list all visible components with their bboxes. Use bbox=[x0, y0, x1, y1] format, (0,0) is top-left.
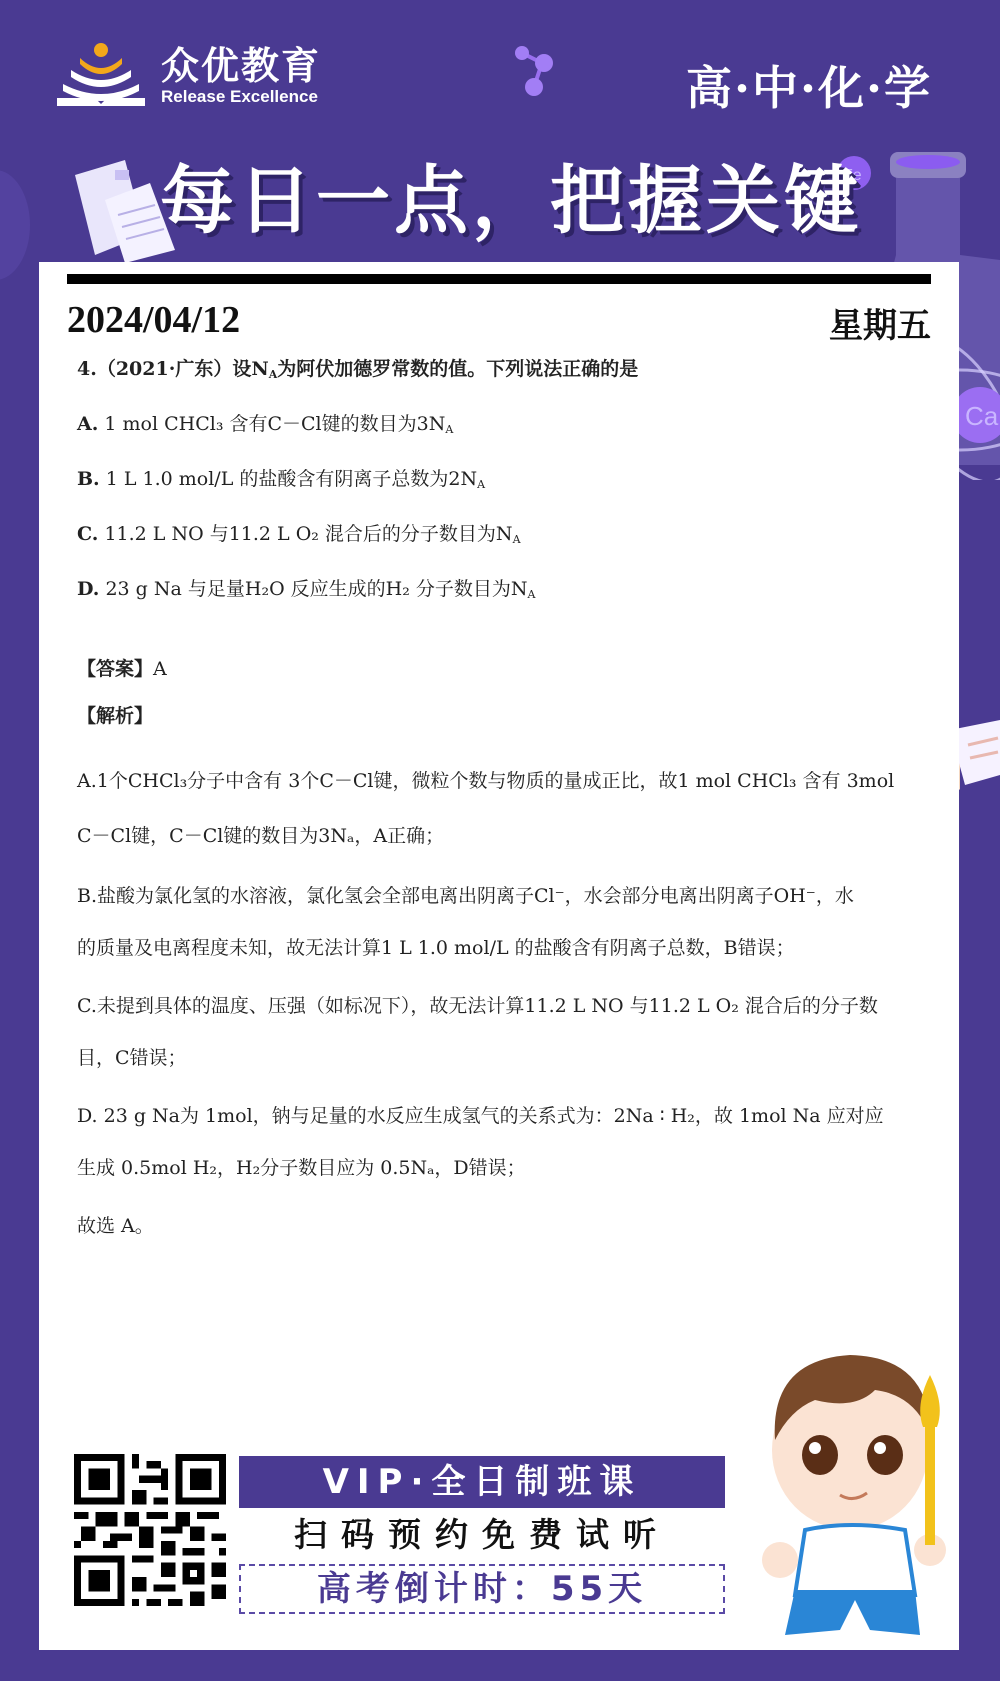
analysis-line: D. 23 g Na为 1mol，钠与足量的水反应生成氢气的关系式为：2Na ∶… bbox=[77, 1101, 927, 1153]
analysis-conclusion: 故选 A。 bbox=[77, 1211, 927, 1241]
question-stem: 4.（2021·广东）设NA为阿伏加德罗常数的值。下列说法正确的是 bbox=[77, 354, 927, 409]
question-content: 4.（2021·广东）设NA为阿伏加德罗常数的值。下列说法正确的是 A. 1 m… bbox=[77, 354, 927, 1241]
option-b: B. 1 L 1.0 mol/L 的盐酸含有阴离子总数为2NA bbox=[77, 464, 927, 519]
analysis-line: B.盐酸为氯化氢的水溶液，氯化氢会全部电离出阴离子Cl⁻，水会部分电离出阴离子O… bbox=[77, 881, 927, 933]
option-c: C. 11.2 L NO 与11.2 L O₂ 混合后的分子数目为NA bbox=[77, 519, 927, 574]
analysis-line: 目，C错误； bbox=[77, 1043, 927, 1101]
countdown-label: 高考倒计时： bbox=[317, 1569, 551, 1609]
exam-countdown: 高考倒计时：55天 bbox=[239, 1564, 725, 1614]
promo-section: VIP·全日制班课 扫码预约免费试听 高考倒计时：55天 bbox=[74, 1454, 774, 1614]
subject-title: 高·中·化·学 bbox=[686, 52, 932, 118]
qr-code[interactable] bbox=[74, 1454, 226, 1606]
molecule-icon bbox=[514, 45, 560, 97]
analysis-line: 的质量及电离程度未知，故无法计算1 L 1.0 mol/L 的盐酸含有阴离子总数… bbox=[77, 933, 927, 991]
analysis-line: 生成 0.5mol H₂，H₂分子数目应为 0.5Nₐ，D错误； bbox=[77, 1153, 927, 1211]
answer-line: 【答案】A bbox=[77, 654, 927, 701]
analysis-line: C.未提到具体的温度、压强（如标况下），故无法计算11.2 L NO 与11.2… bbox=[77, 991, 927, 1043]
analysis-line: C－Cl键，C－Cl键的数目为3Nₐ，A正确； bbox=[77, 821, 927, 881]
date-label: 2024/04/12 bbox=[67, 298, 240, 342]
decor-circle-left bbox=[0, 170, 30, 280]
logo-mark-icon bbox=[55, 40, 147, 112]
scan-to-book-label: 扫码预约免费试听 bbox=[239, 1512, 725, 1558]
atom-ca-label: Ca bbox=[965, 401, 999, 431]
brand-name-en: Release Excellence bbox=[161, 87, 321, 107]
option-a: A. 1 mol CHCl₃ 含有C－Cl键的数目为3NA bbox=[77, 409, 927, 464]
analysis-line: A.1个CHCl₃分子中含有 3个C－Cl键，微粒个数与物质的量成正比，故1 m… bbox=[77, 766, 927, 821]
divider-bar bbox=[67, 274, 931, 284]
countdown-value: 55天 bbox=[551, 1569, 647, 1609]
weekday-label: 星期五 bbox=[829, 298, 931, 347]
mascot-illustration bbox=[745, 1335, 965, 1655]
slogan-banner: 每日一点，把握关键 bbox=[160, 142, 862, 248]
vip-course-banner: VIP·全日制班课 bbox=[239, 1456, 725, 1508]
option-d: D. 23 g Na 与足量H₂O 反应生成的H₂ 分子数目为NA bbox=[77, 574, 927, 629]
analysis-heading: 【解析】 bbox=[77, 701, 927, 766]
brand-logo: 众优教育 Release Excellence bbox=[55, 40, 321, 112]
answer-value: A bbox=[153, 658, 167, 680]
brand-name-cn: 众优教育 bbox=[161, 45, 321, 87]
